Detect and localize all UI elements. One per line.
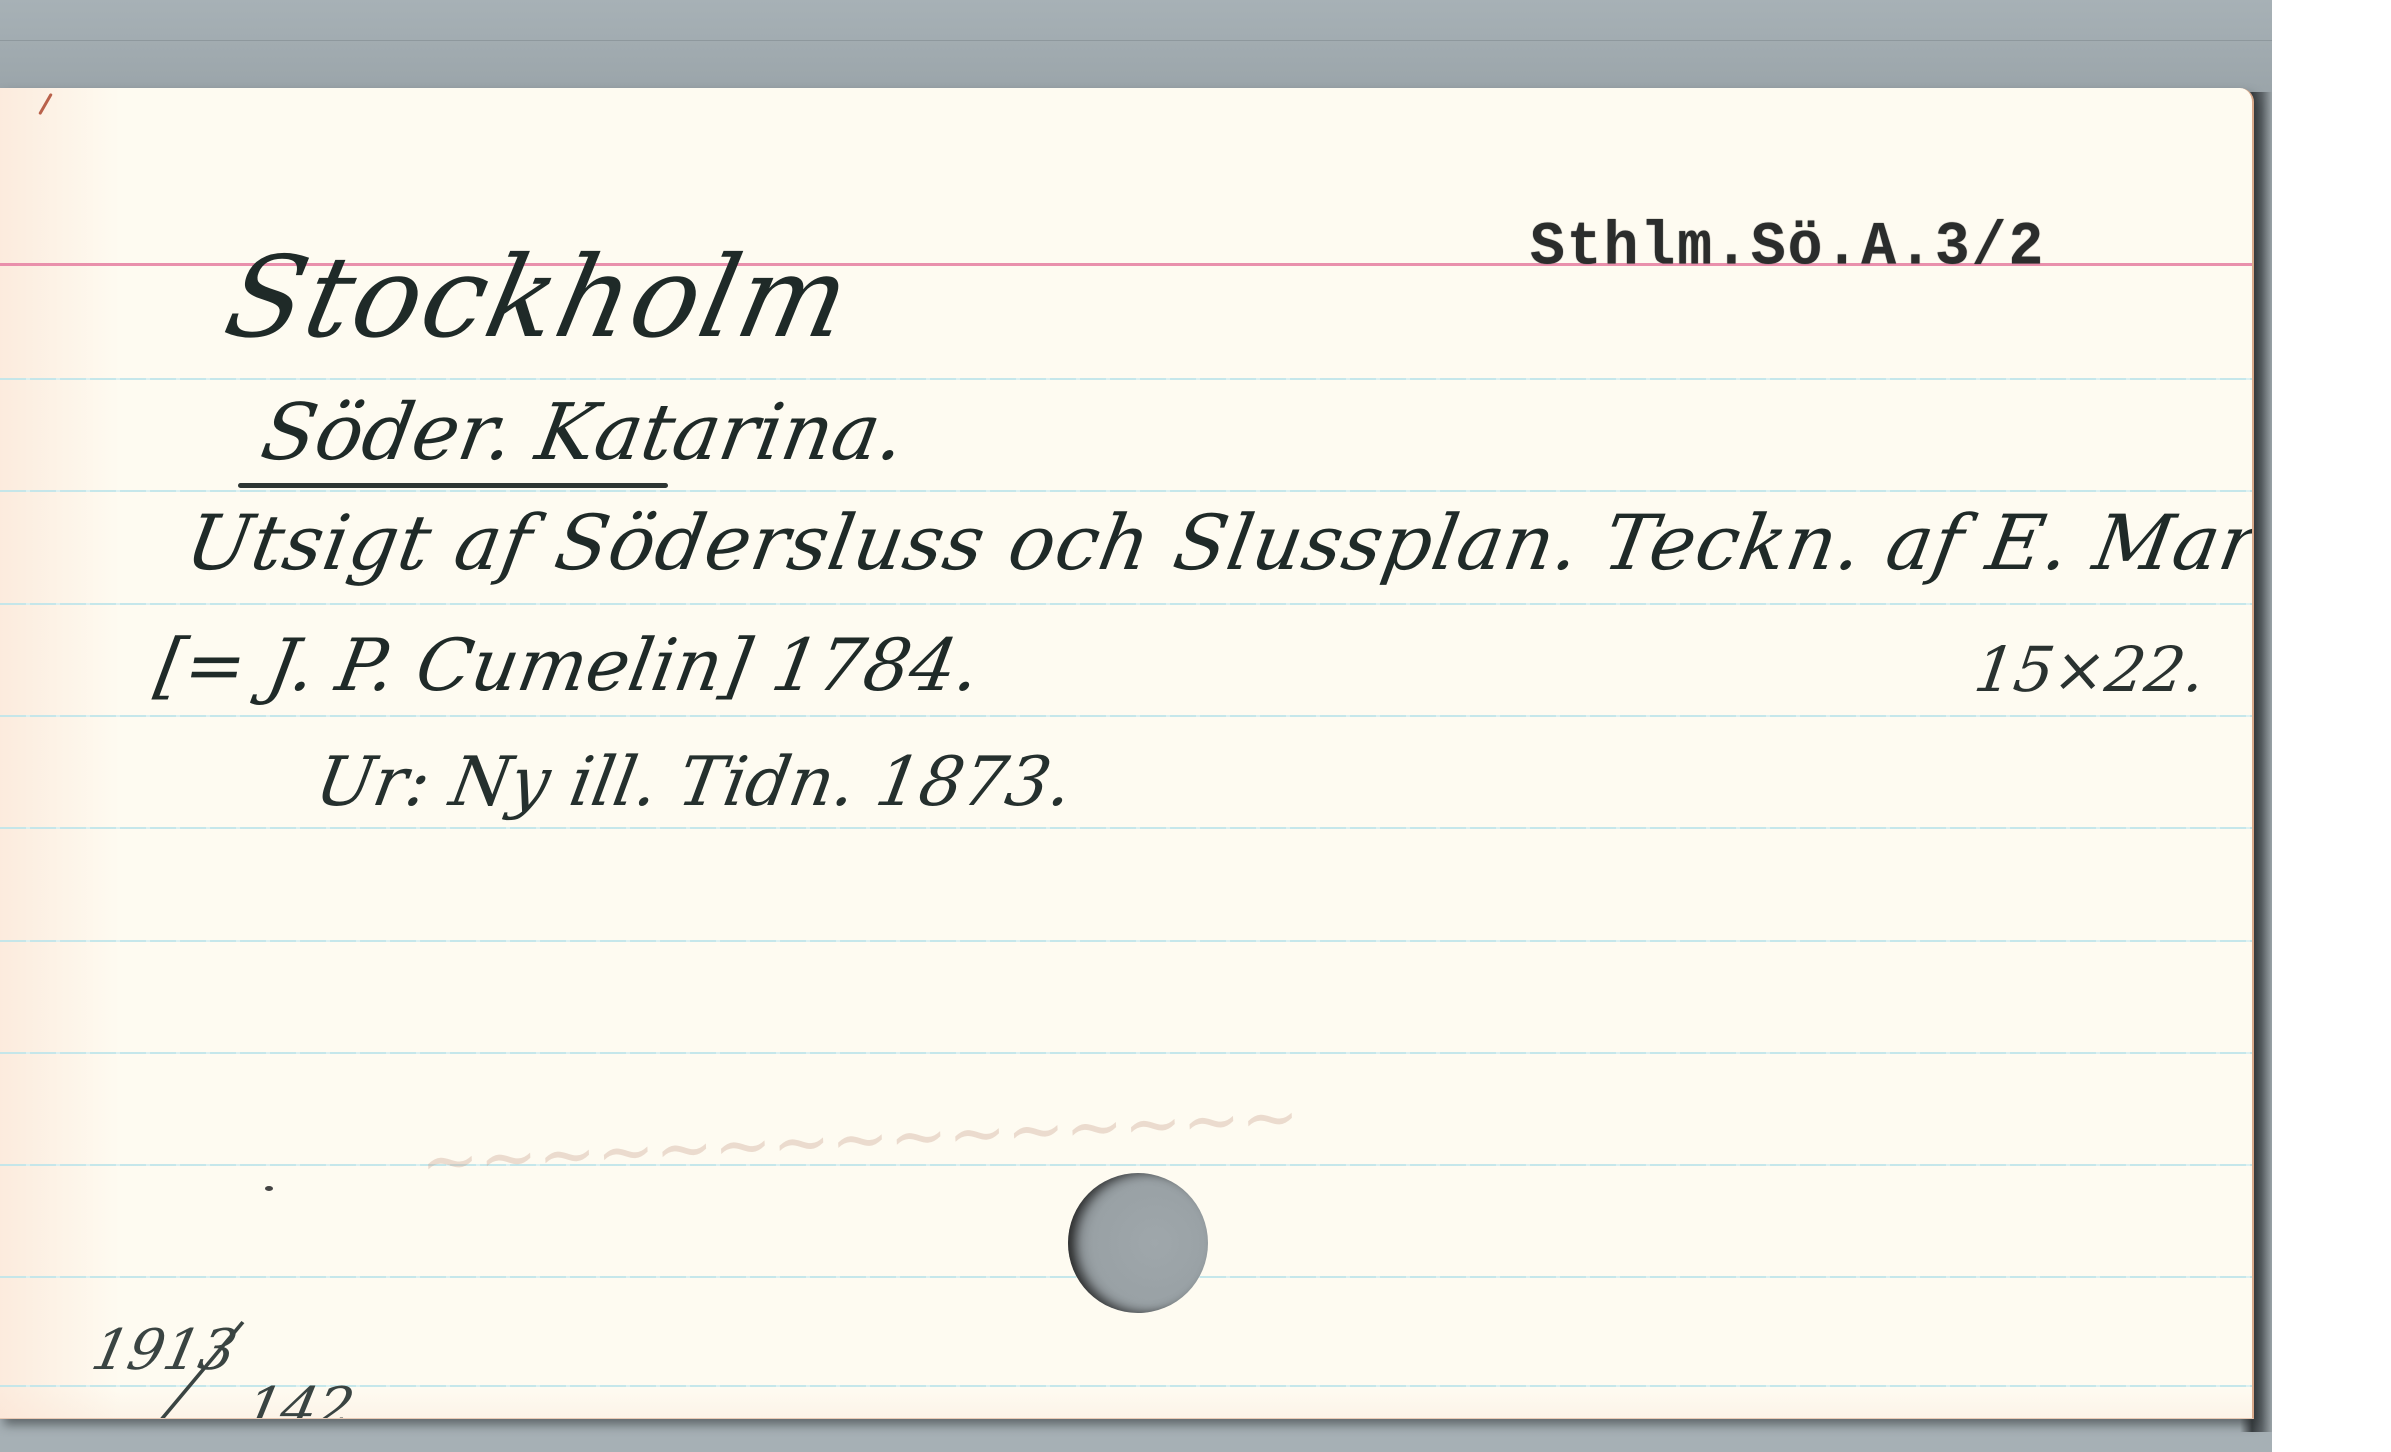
description-line-1: Utsigt af Södersluss och Slussplan. Teck… [180, 498, 2254, 587]
source-reference: Ur: Ny ill. Tidn. 1873. [310, 743, 1079, 822]
ruled-line [0, 827, 2252, 829]
call-number: Sthlm.Sö.A.3/2 [1530, 214, 2045, 282]
ruled-line [0, 378, 2252, 380]
subheading-district: Söder. Katarina. [255, 388, 912, 478]
ruled-line [0, 603, 2252, 605]
ruled-line [0, 490, 2252, 492]
ruled-line [0, 1052, 2252, 1054]
ruled-line [0, 940, 2252, 942]
corner-tick-mark [38, 93, 53, 115]
description-line-2: [= J. P. Cumelin] 1784. [150, 623, 987, 707]
subheading-underline [238, 483, 668, 488]
dimensions: 15×22. [1970, 633, 2210, 706]
ink-dot [265, 1186, 273, 1191]
heading-stockholm: Stockholm [215, 233, 862, 363]
ruled-line [0, 715, 2252, 717]
punch-hole [1068, 1173, 1208, 1313]
catalog-card: Sthlm.Sö.A.3/2 Stockholm Söder. Katarina… [0, 88, 2254, 1419]
accession-serial: 142. [239, 1376, 378, 1419]
